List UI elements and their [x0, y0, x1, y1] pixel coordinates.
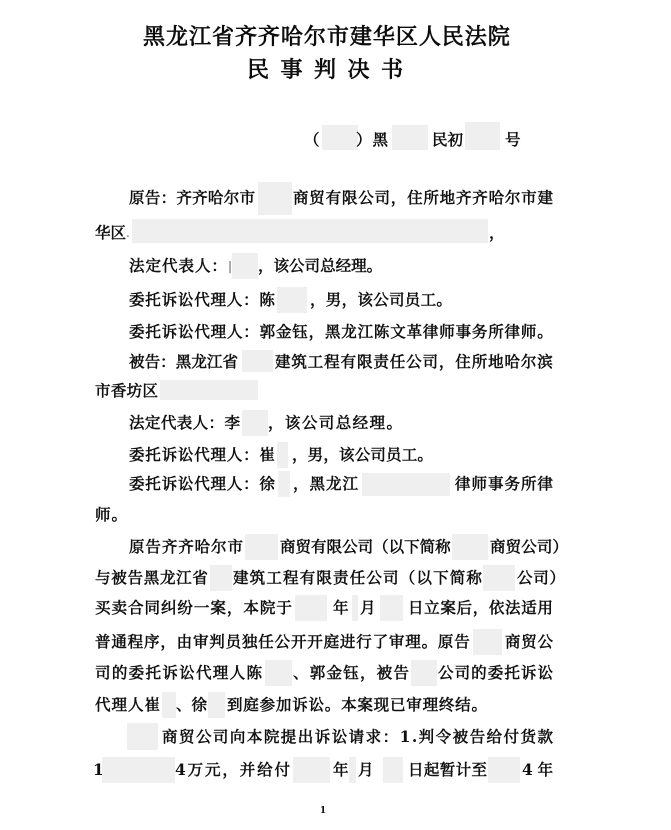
- text-segment: 法定代表人：李: [129, 414, 240, 432]
- text-segment: 代理人崔: [95, 696, 160, 714]
- redaction-box: [322, 125, 358, 150]
- redaction-box: [232, 253, 258, 279]
- text-segment: 4万元，并给付: [175, 761, 290, 779]
- redaction-box: [295, 595, 327, 621]
- body-line: 司的委托诉讼代理人陈 、郭金钰，被告 公司的委托诉讼: [0, 664, 671, 682]
- redaction-box: [162, 692, 176, 718]
- text-segment: 华区: [95, 224, 126, 242]
- text-segment: 普通程序，由审判员独任公开开庭进行了审理。原告: [95, 633, 470, 651]
- body-line: 代理人崔 、徐 到庭参加诉讼。本案现已审理终结。: [0, 696, 671, 714]
- text-segment: ，男，该公司员工。: [292, 446, 433, 464]
- text-segment: 月: [360, 599, 376, 617]
- redaction-box: [392, 125, 428, 150]
- redaction-box: [362, 473, 450, 496]
- text-segment: 原告：齐齐哈尔市: [129, 189, 255, 207]
- redaction-box: [102, 757, 175, 783]
- text-segment: ，: [489, 224, 505, 242]
- text-segment: 委托诉讼代理人：崔: [129, 446, 275, 464]
- text-segment: 商贸公司向本院提出诉讼请求：1.判令被告给付货款: [162, 728, 553, 746]
- text-segment: 日起暂计至: [408, 761, 487, 779]
- text-segment: 法定代表人：: [129, 257, 227, 275]
- body-line: 委托诉讼代理人：崔 ，男，该公司员工。: [0, 446, 671, 464]
- redaction-box: [352, 595, 358, 621]
- case-suffix: 号: [505, 131, 521, 149]
- body-line: 原告：齐齐哈尔市 商贸有限公司，住所地齐齐哈尔市建: [0, 189, 671, 207]
- redaction-box: [465, 122, 500, 150]
- redaction-box: [380, 595, 403, 621]
- text-segment: 被告：黑龙江省: [129, 353, 238, 371]
- text-segment: 委托诉讼代理人：徐: [129, 475, 275, 493]
- page-number: 1: [318, 805, 328, 817]
- redaction-box: [483, 565, 515, 591]
- body-line: 商贸公司向本院提出诉讼请求：1.判令被告给付货款: [0, 728, 671, 746]
- redaction-box: [411, 660, 437, 686]
- body-line: 市香坊区: [0, 382, 671, 400]
- redaction-box: [277, 287, 307, 313]
- text-segment: ，黑龙江: [293, 475, 358, 493]
- redaction-box: [208, 692, 225, 718]
- redaction-box: [127, 723, 158, 750]
- text-segment: 日立案后，依法适用: [408, 599, 553, 617]
- redaction-box: [349, 757, 356, 783]
- text-segment: 公司）: [517, 569, 565, 587]
- body-line: 法定代表人： | ，该公司总经理。: [0, 257, 671, 275]
- text-segment: 公司的委托诉讼: [438, 664, 553, 682]
- redaction-box: [278, 471, 290, 497]
- redaction-box: [132, 219, 488, 243]
- text-segment: 商贸公: [505, 633, 553, 651]
- body-line: 委托诉讼代理人：陈 ，男，该公司员工。: [0, 291, 671, 309]
- body-line: 法定代表人：李 ，该公司总经理。: [0, 414, 671, 432]
- text-segment: ，男，该公司员工。: [310, 291, 452, 309]
- text-segment: 原告齐齐哈尔市: [129, 538, 243, 556]
- text-segment: 年: [333, 599, 350, 617]
- text-segment: 师。: [95, 506, 127, 524]
- text-segment: 与被告黑龙江省: [95, 569, 208, 587]
- redaction-box: [452, 534, 488, 560]
- redaction-box: [258, 182, 292, 215]
- text-segment: 委托诉讼代理人：陈: [129, 291, 275, 309]
- text-segment: ，该公司总经理。: [268, 414, 402, 432]
- redaction-box: [293, 757, 330, 783]
- body-line: 1 4万元，并给付 年 月 日起暂计至 4年: [0, 761, 671, 779]
- text-segment: 建筑工程有限责任公司，住所地哈尔滨: [275, 353, 553, 371]
- redaction-box: [210, 565, 232, 591]
- text-segment: 商贸有限公司，住所地齐齐哈尔市建: [293, 189, 553, 207]
- redaction-box: [473, 629, 502, 655]
- text-segment: 1: [93, 761, 102, 779]
- body-line: 委托诉讼代理人：徐 ，黑龙江 律师事务所律: [0, 475, 671, 493]
- redaction-box: [245, 534, 278, 560]
- court-name-title: 黑龙江省齐齐哈尔市建华区人民法院: [143, 25, 510, 51]
- body-line: 买卖合同纠纷一案，本院于 年 月 日立案后，依法适用: [0, 599, 671, 617]
- body-line: 华区 . ，: [0, 224, 671, 242]
- case-open-paren: （: [304, 131, 320, 149]
- text-segment: 4年: [522, 761, 553, 779]
- text-segment: 委托诉讼代理人：郭金钰，黑龙江陈文革律师事务所律师。: [129, 323, 553, 341]
- case-close-paren-prefix: ）黑: [356, 131, 388, 149]
- text-fragment: .: [126, 224, 130, 242]
- redaction-box: [242, 350, 273, 372]
- redaction-box: [277, 442, 288, 468]
- text-segment: 月: [358, 761, 373, 779]
- text-segment: 、徐: [176, 696, 207, 714]
- case-mid: 民初: [432, 131, 463, 149]
- redaction-box: [265, 660, 292, 686]
- redaction-box: [242, 410, 268, 436]
- text-segment: 年: [333, 761, 348, 779]
- body-line: 被告：黑龙江省 建筑工程有限责任公司，住所地哈尔滨: [0, 353, 671, 371]
- text-segment: ，该公司总经理。: [258, 257, 382, 275]
- document-type-title: 民事判决书: [247, 58, 403, 84]
- text-segment: 市香坊区: [95, 382, 158, 400]
- case-number: （ ）黑 民初 号: [0, 131, 671, 149]
- text-segment: 商贸有限公司（以下简称: [280, 538, 450, 556]
- body-line: 原告齐齐哈尔市 商贸有限公司（以下简称 商贸公司）: [0, 538, 671, 556]
- text-segment: 商贸公司）: [490, 538, 568, 556]
- body-line: 普通程序，由审判员独任公开开庭进行了审理。原告 商贸公: [0, 633, 671, 651]
- redaction-box: [383, 757, 403, 783]
- judgment-document-page: 黑龙江省齐齐哈尔市建华区人民法院 民事判决书 （ ）黑 民初 号 原告：齐齐哈尔…: [0, 0, 671, 830]
- text-segment: 律师事务所律: [455, 475, 553, 493]
- text-segment: 、郭金钰，被告: [293, 664, 409, 682]
- body-line: 委托诉讼代理人：郭金钰，黑龙江陈文革律师事务所律师。: [0, 323, 671, 341]
- text-segment: 司的委托诉讼代理人陈: [95, 664, 262, 682]
- text-segment: 建筑工程有限责任公司（以下简称: [233, 569, 482, 587]
- redaction-box: [160, 380, 258, 400]
- body-line: 师。: [0, 506, 671, 524]
- text-segment: 买卖合同纠纷一案，本院于: [95, 599, 292, 617]
- text-segment: 到庭参加诉讼。本案现已审理终结。: [227, 696, 487, 714]
- redaction-box: [488, 757, 520, 783]
- body-line: 与被告黑龙江省 建筑工程有限责任公司（以下简称 公司）: [0, 569, 671, 587]
